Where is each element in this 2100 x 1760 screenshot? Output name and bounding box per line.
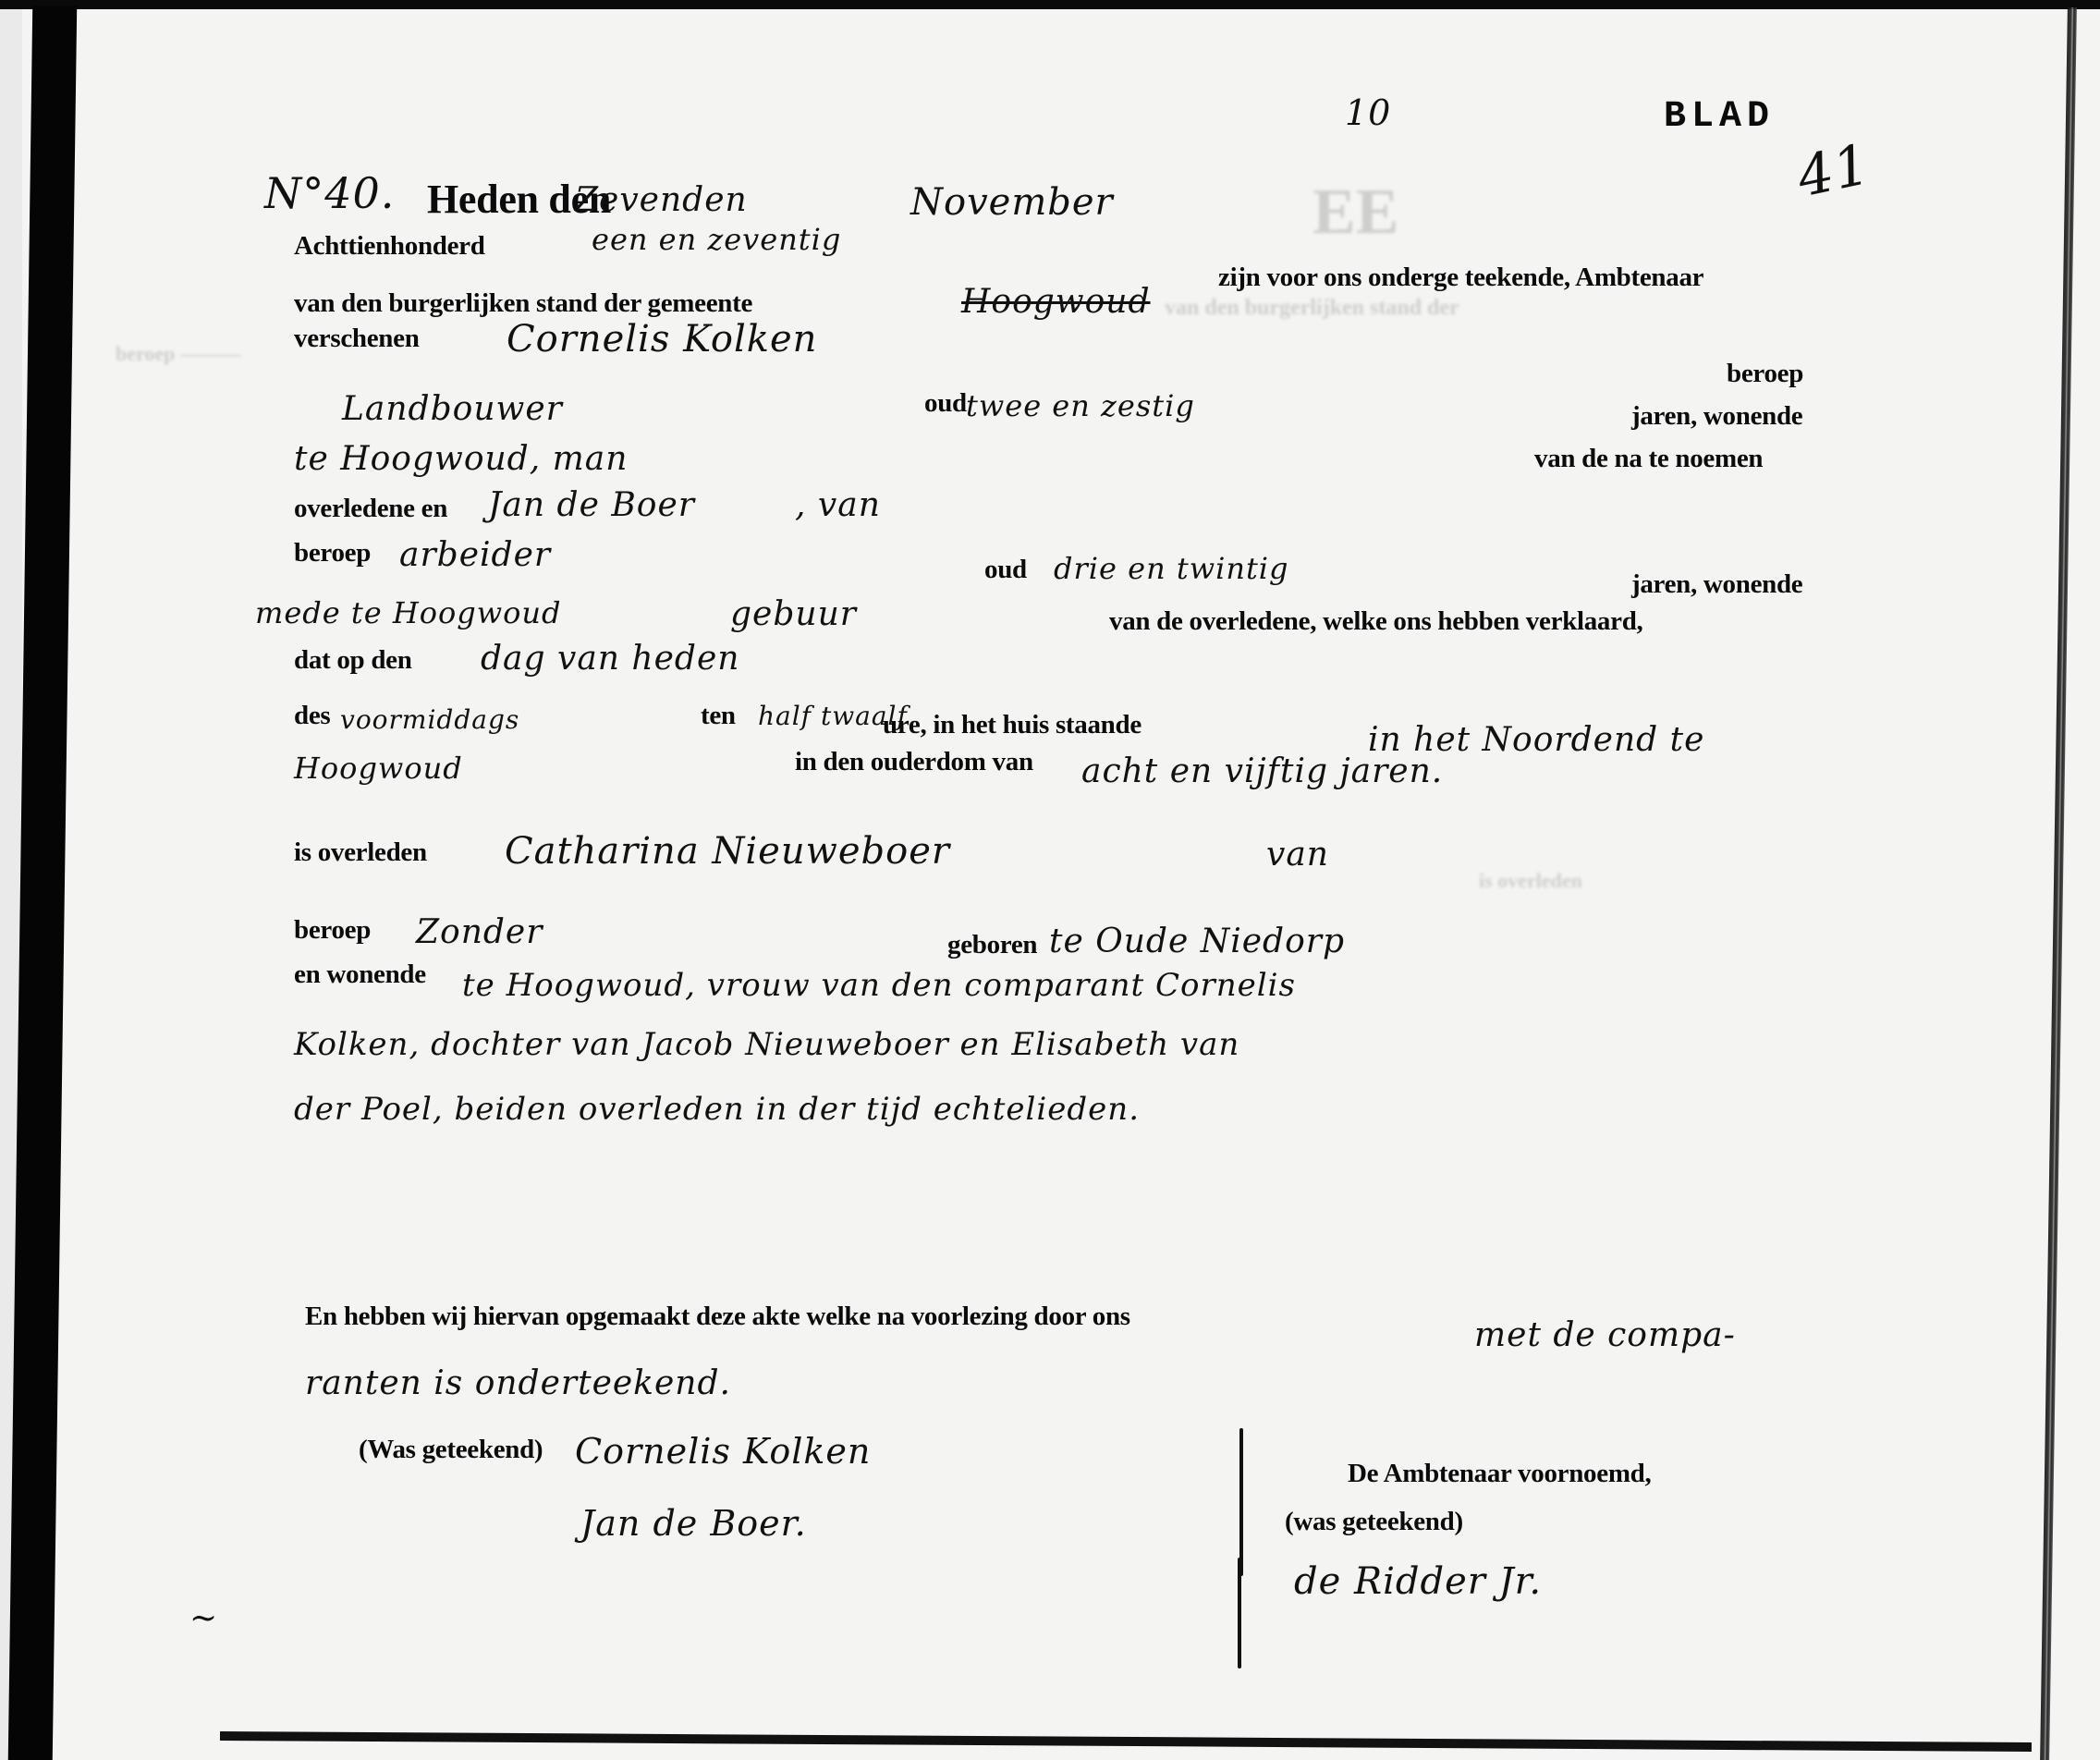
- hw-residence-2: mede te Hoogwoud: [255, 595, 562, 630]
- printed-oud-2: oud: [984, 555, 1027, 585]
- printed-beroep-3: beroep: [294, 915, 371, 946]
- printed-oud-1: oud: [924, 388, 967, 419]
- hw-closing-1: met de compa-: [1474, 1316, 1736, 1354]
- hw-relation: gebuur: [730, 595, 857, 633]
- printed-is-overleden: is overleden: [294, 837, 427, 868]
- printed-ten: ten: [701, 701, 736, 731]
- page-number-handwritten: 10: [1345, 92, 1391, 133]
- printed-des: des: [294, 701, 330, 731]
- scan-top-border: [0, 0, 2100, 9]
- signature-official: de Ridder Jr.: [1294, 1560, 1542, 1603]
- hw-comparant-1: Cornelis Kolken: [507, 318, 817, 361]
- hw-year: een en zeventig: [592, 222, 841, 257]
- left-was-geteekend: (Was geteekend): [359, 1435, 543, 1465]
- margin-mark: ~: [189, 1599, 218, 1637]
- signature-cornelis-kolken: Cornelis Kolken: [575, 1431, 871, 1472]
- hw-closing-2: ranten is onderteekend.: [305, 1364, 731, 1402]
- hw-place-death: Hoogwoud: [294, 751, 463, 786]
- hw-parents: Kolken, dochter van Jacob Nieuweboer en …: [294, 1026, 1239, 1063]
- hw-residence-deceased: te Hoogwoud, vrouw van den comparant Cor…: [462, 967, 1296, 1004]
- printed-verschenen: verschenen: [294, 324, 420, 354]
- hw-date: dag van heden: [481, 640, 739, 678]
- signature-bracket-bottom: [1238, 1558, 1241, 1668]
- hw-occupation-1: Landbouwer: [342, 390, 563, 428]
- hw-van-1: , van: [795, 486, 881, 524]
- hw-deceased-name: Catharina Nieuweboer: [505, 830, 950, 873]
- printed-year: Achttienhonderd: [294, 231, 485, 262]
- printed-overledene-en: overledene en: [294, 494, 447, 524]
- page-right-edge: [2040, 7, 2077, 1760]
- bleed-through-text: is overleden: [1479, 869, 1582, 893]
- hw-residence-1: te Hoogwoud, man: [294, 440, 628, 478]
- hw-age-deceased: acht en vijftig jaren.: [1081, 752, 1443, 790]
- printed-dat-op-den: dat op den: [294, 645, 412, 676]
- hw-birthplace: te Oude Niedorp: [1049, 923, 1345, 960]
- hw-occupation-2: arbeider: [399, 536, 551, 574]
- printed-closing: En hebben wij hiervan opgemaakt deze akt…: [305, 1302, 1130, 1332]
- hw-parents-cont: der Poel, beiden overleden in der tijd e…: [294, 1091, 1140, 1128]
- hw-van-2: van: [1266, 836, 1329, 874]
- printed-jaren-wonende-1: jaren, wonende: [1631, 401, 1802, 432]
- hw-age-1: twee en zestig: [966, 388, 1195, 423]
- hw-municipality: Hoogwoud: [961, 283, 1151, 321]
- printed-en-wonende: en wonende: [294, 959, 426, 990]
- bleed-through-text: beroep ———: [116, 342, 241, 366]
- printed-na-te-noemen: van de na te noemen: [1534, 444, 1763, 474]
- printed-jaren-wonende-2: jaren, wonende: [1631, 569, 1802, 600]
- signature-bracket-top: [1239, 1428, 1243, 1576]
- signature-jan-de-boer: Jan de Boer.: [580, 1503, 807, 1544]
- bottom-rule: [220, 1731, 2032, 1752]
- blad-label: BLAD: [1664, 96, 1775, 138]
- bleed-through-text: van den burgerlijken stand der: [1165, 296, 1459, 321]
- hw-comparant-2: Jan de Boer: [488, 486, 695, 524]
- hw-daypart: voormiddags: [340, 704, 519, 735]
- printed-beroep-1: beroep: [1727, 359, 1803, 389]
- folio-mark-handwritten: 41: [1792, 132, 1876, 211]
- bleed-through-text: EE: [1312, 176, 1398, 250]
- printed-verklaard: van de overledene, welke ons hebben verk…: [1109, 606, 1642, 637]
- hw-day: Zevenden: [575, 181, 748, 219]
- printed-gemeente: van den burgerlijken stand der gemeente: [294, 288, 752, 319]
- printed-beroep-2: beroep: [294, 538, 371, 568]
- right-was-geteekend: (was geteekend): [1285, 1507, 1463, 1537]
- hw-month: November: [910, 181, 1114, 224]
- printed-ouderdom: in den ouderdom van: [795, 747, 1033, 777]
- printed-geboren: geboren: [947, 930, 1037, 960]
- record-number: N°40.: [264, 168, 395, 218]
- ambtenaar-voornoemd: De Ambtenaar voornoemd,: [1348, 1459, 1651, 1489]
- printed-ambtenaar: zijn voor ons onderge teekende, Ambtenaa…: [1218, 263, 1703, 293]
- hw-age-2: drie en twintig: [1054, 551, 1289, 586]
- printed-huis-staande: ure, in het huis staande: [883, 710, 1142, 740]
- hw-occupation-deceased: Zonder: [416, 913, 543, 951]
